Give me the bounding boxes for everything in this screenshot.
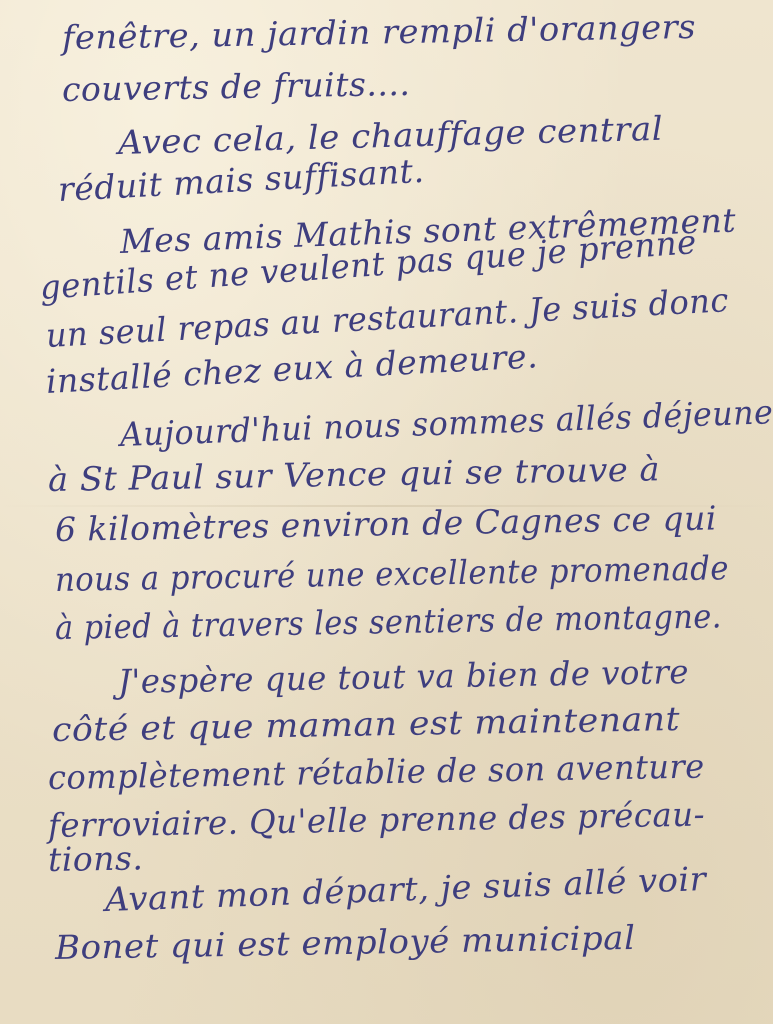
letter-line-15: côté et que maman est maintenant (52, 699, 681, 749)
letter-line-9: Aujourd'hui nous sommes allés déjeuner (119, 392, 773, 454)
letter-line-18: tions. (48, 838, 144, 879)
letter-line-1: fenêtre, un jardin rempli d'orangers (62, 7, 697, 57)
letter-page: ​ fenêtre, un jardin rempli d'orangers c… (0, 0, 773, 1024)
letter-line-19: Avant mon départ, je suis allé voir (104, 859, 707, 919)
letter-line-12: nous a procuré une excellente promenade (55, 548, 730, 599)
letter-line-14: J'espère que tout va bien de votre (118, 652, 690, 701)
letter-line-16: complètement rétablie de son aventure (48, 747, 705, 797)
letter-line-20: Bonet qui est employé municipal (55, 918, 636, 967)
letter-line-17: ferroviaire. Qu'elle prenne des précau- (48, 795, 706, 845)
letter-line-13: à pied à travers les sentiers de montagn… (55, 596, 722, 647)
letter-line-2: couverts de fruits.... (62, 64, 411, 109)
letter-line-10: à St Paul sur Vence qui se trouve à (48, 449, 661, 499)
letter-line-4: réduit mais suffisant. (57, 151, 425, 209)
